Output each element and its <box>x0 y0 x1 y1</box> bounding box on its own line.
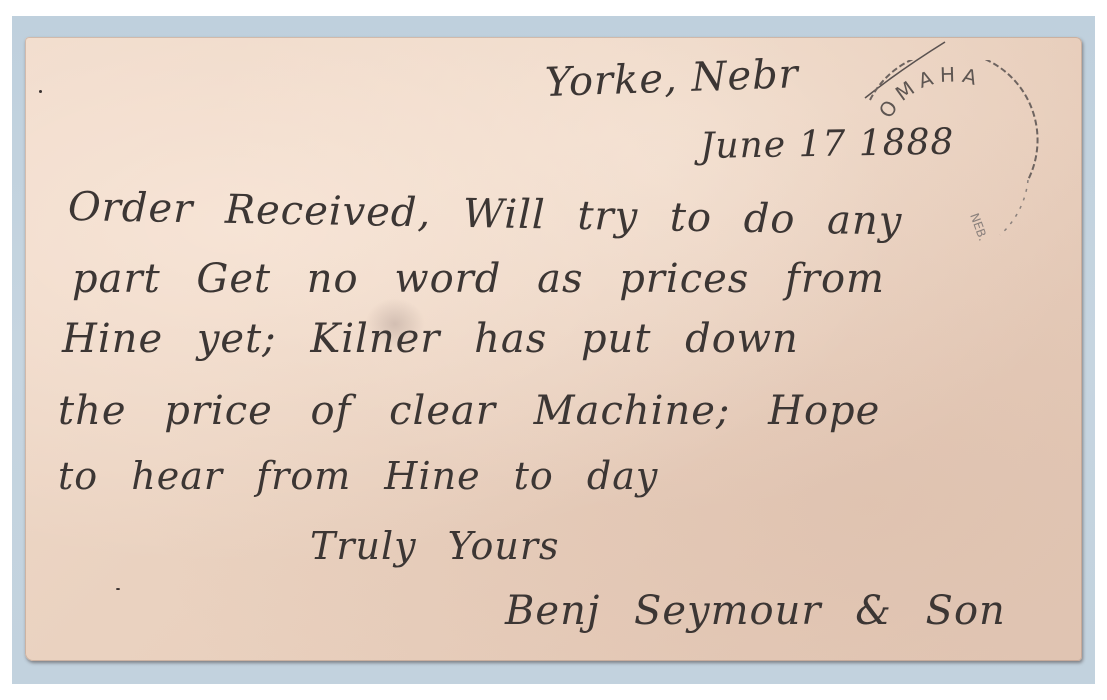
body-line-4: the price of clear Machine; Hope <box>58 388 880 434</box>
body-line-3: Hine yet; Kilner has put down <box>62 316 799 362</box>
signature: Benj Seymour & Son <box>505 588 1006 634</box>
closing: Truly Yours <box>310 524 560 568</box>
body-line-2: part Get no word as prices from <box>72 256 885 302</box>
postmark-city: OMAHA <box>874 62 986 122</box>
heading-date: June 17 1888 <box>700 122 955 167</box>
paper-speck <box>39 90 42 93</box>
postmark-state: NEB. <box>967 211 990 243</box>
heading-place: Yorke, Nebr <box>544 51 799 106</box>
body-line-5: to hear from Hine to day <box>58 454 658 498</box>
paper-speck <box>116 588 120 590</box>
